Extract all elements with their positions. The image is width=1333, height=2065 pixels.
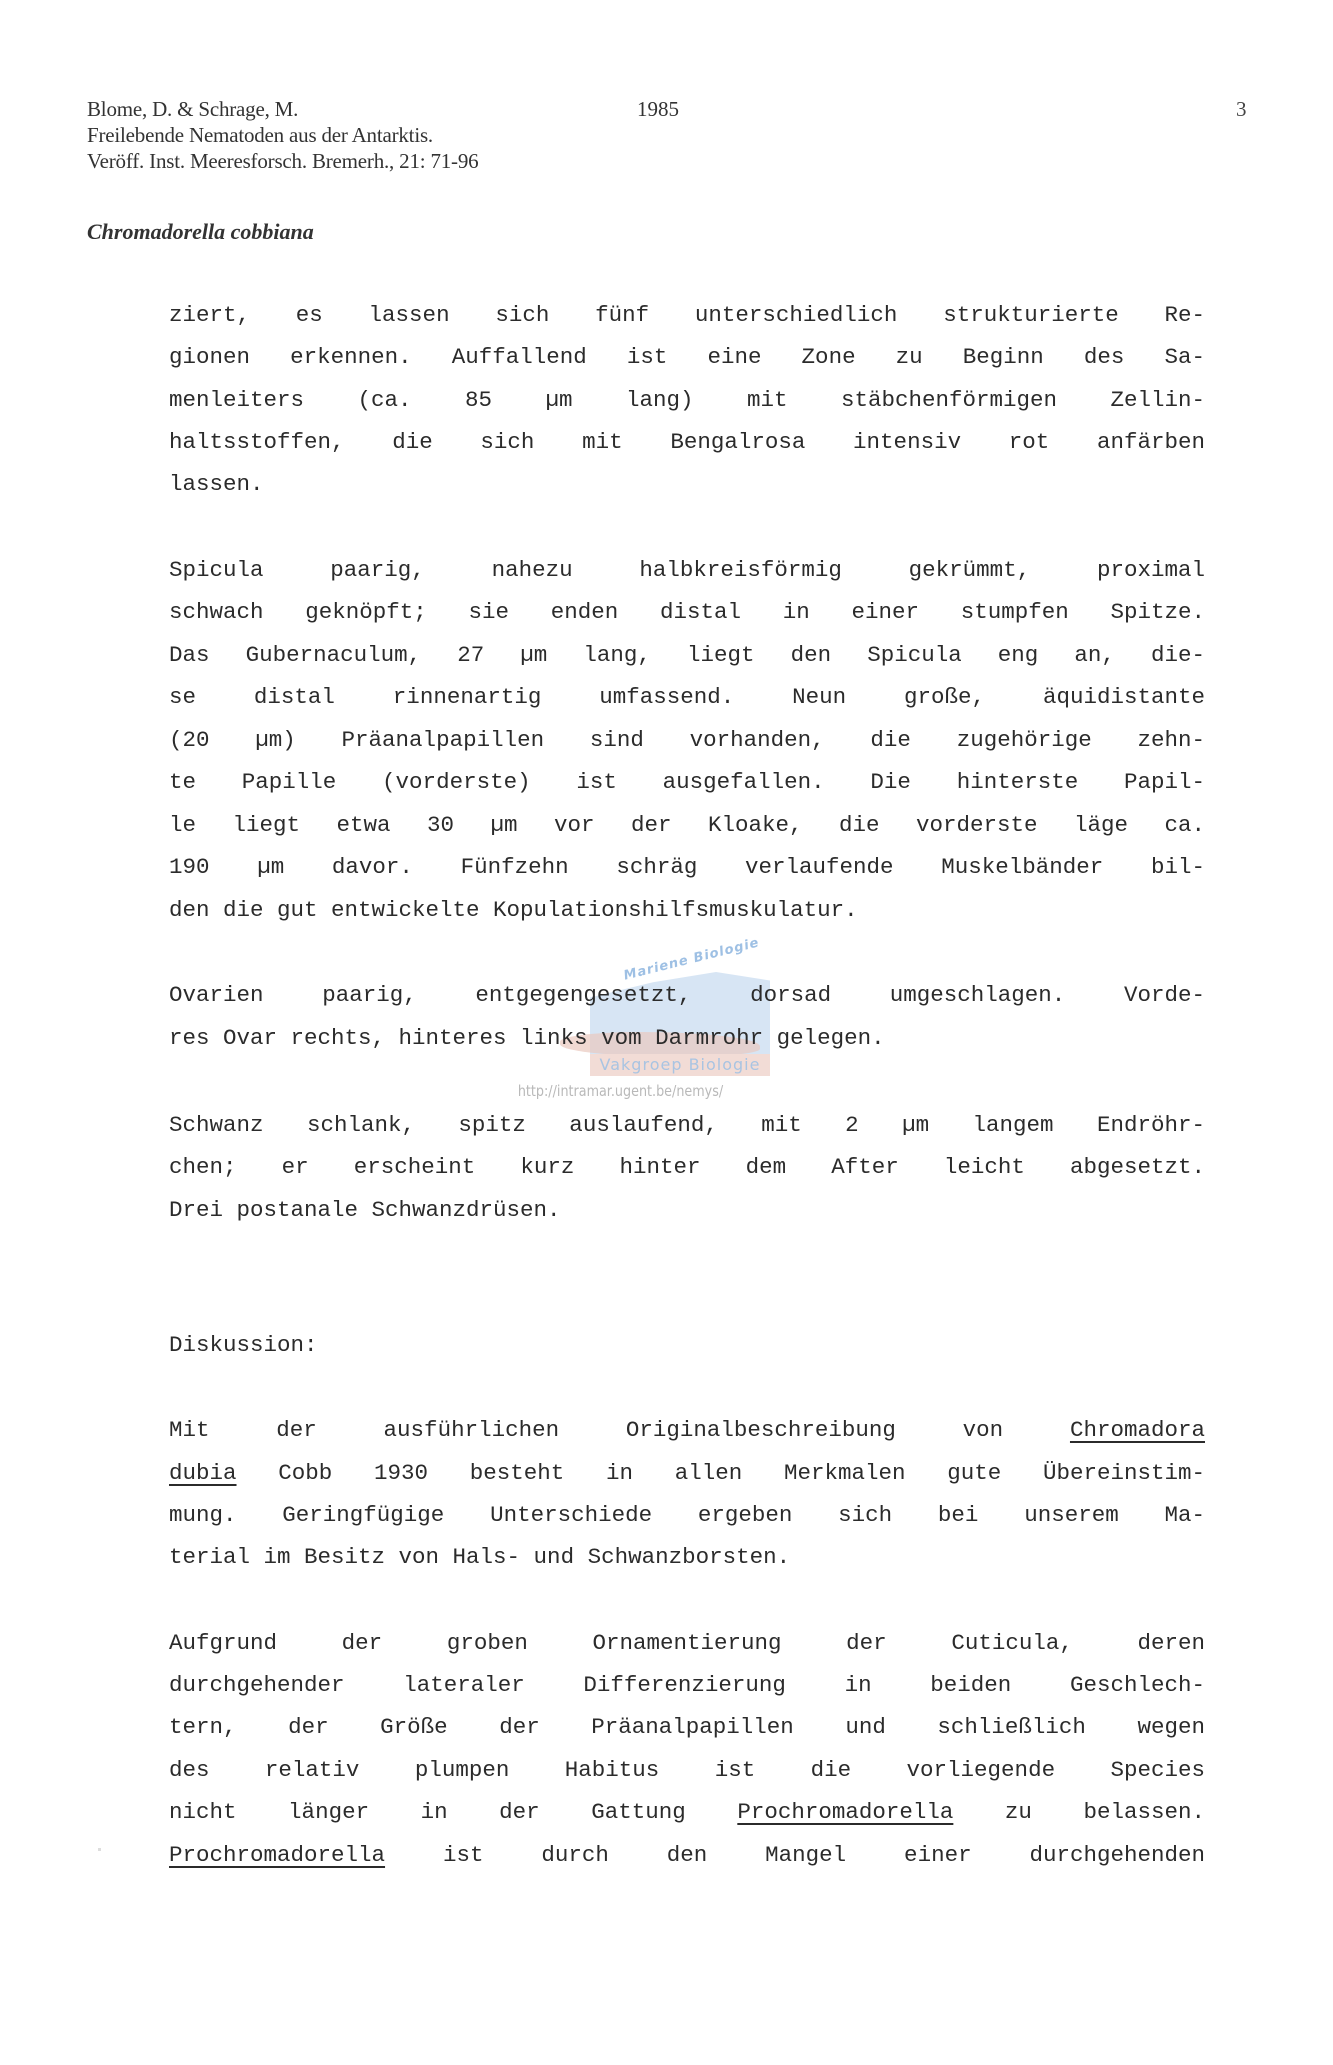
text-line: Aufgrund der groben Ornamentierung der C…: [169, 1628, 1205, 1658]
text-line: mung. Geringfügige Unterschiede ergeben …: [169, 1500, 1205, 1530]
text-line: ziert, es lassen sich fünf unterschiedli…: [169, 300, 1205, 330]
text-span: Cobb 1930 besteht in allen Merkmalen gut…: [278, 1460, 1205, 1486]
text-line: Das Gubernaculum, 27 µm lang, liegt den …: [169, 640, 1205, 670]
text-span: ist durch den Mangel einer durchgehenden: [443, 1842, 1205, 1868]
species-title: Chromadorella cobbiana: [87, 219, 314, 245]
text-line: terial im Besitz von Hals- und Schwanzbo…: [169, 1542, 1205, 1572]
taxon-chromadora: Chromadora: [1070, 1417, 1205, 1443]
text-span: nicht länger in der Gattung: [169, 1799, 686, 1825]
text-line: gionen erkennen. Auffallend ist eine Zon…: [169, 342, 1205, 372]
text-line: haltsstoffen, die sich mit Bengalrosa in…: [169, 427, 1205, 457]
running-header: Blome, D. & Schrage, M. Freilebende Nema…: [87, 96, 478, 174]
watermark-arc-text: Mariene Biologie: [622, 935, 761, 983]
text-line: lassen.: [169, 469, 1205, 499]
text-line: 190 µm davor. Fünfzehn schräg verlaufend…: [169, 852, 1205, 882]
text-line: res Ovar rechts, hinteres links vom Darm…: [169, 1023, 1205, 1053]
text-line: Spicula paarig, nahezu halbkreisförmig g…: [169, 555, 1205, 585]
text-line: nicht länger in der Gattung Prochromador…: [169, 1797, 1205, 1827]
text-span: zu belassen.: [1005, 1799, 1205, 1825]
page-number: 3: [1236, 96, 1247, 122]
text-line: Schwanz schlank, spitz auslaufend, mit 2…: [169, 1110, 1205, 1140]
text-line: menleiters (ca. 85 µm lang) mit stäbchen…: [169, 385, 1205, 415]
text-line: Ovarien paarig, entgegengesetzt, dorsad …: [169, 980, 1205, 1010]
text-line: dubia Cobb 1930 besteht in allen Merkmal…: [169, 1458, 1205, 1488]
header-journal: Veröff. Inst. Meeresforsch. Bremerh., 21…: [87, 148, 478, 174]
taxon-prochromadorella: Prochromadorella: [737, 1799, 953, 1825]
taxon-dubia: dubia: [169, 1460, 237, 1486]
text-line: Prochromadorella ist durch den Mangel ei…: [169, 1840, 1205, 1870]
watermark-group-name: Vakgroep Biologie: [590, 1054, 770, 1076]
text-line: le liegt etwa 30 µm vor der Kloake, die …: [169, 810, 1205, 840]
header-authors: Blome, D. & Schrage, M.: [87, 96, 478, 122]
text-line: se distal rinnenartig umfassend. Neun gr…: [169, 682, 1205, 712]
text-line: den die gut entwickelte Kopulationshilfs…: [169, 895, 1205, 925]
taxon-prochromadorella: Prochromadorella: [169, 1842, 385, 1868]
watermark-url: http://intramar.ugent.be/nemys/: [493, 1081, 748, 1101]
text-line: des relativ plumpen Habitus ist die vorl…: [169, 1755, 1205, 1785]
text-line: schwach geknöpft; sie enden distal in ei…: [169, 597, 1205, 627]
discussion-heading: Diskussion:: [169, 1330, 1205, 1360]
text-line: te Papille (vorderste) ist ausgefallen. …: [169, 767, 1205, 797]
text-line: durchgehender lateraler Differenzierung …: [169, 1670, 1205, 1700]
header-year: 1985: [637, 96, 679, 122]
scan-speck: [98, 1848, 101, 1851]
text-line: chen; er erscheint kurz hinter dem After…: [169, 1152, 1205, 1182]
text-line: tern, der Größe der Präanalpapillen und …: [169, 1712, 1205, 1742]
text-line: Drei postanale Schwanzdrüsen.: [169, 1195, 1205, 1225]
watermark-logo: Mariene Biologie Vakgroep Biologie: [530, 950, 830, 1090]
text-span: Mit der ausführlichen Originalbeschreibu…: [169, 1417, 1003, 1443]
text-line: Mit der ausführlichen Originalbeschreibu…: [169, 1415, 1205, 1445]
text-line: (20 µm) Präanalpapillen sind vorhanden, …: [169, 725, 1205, 755]
header-title: Freilebende Nematoden aus der Antarktis.: [87, 122, 478, 148]
